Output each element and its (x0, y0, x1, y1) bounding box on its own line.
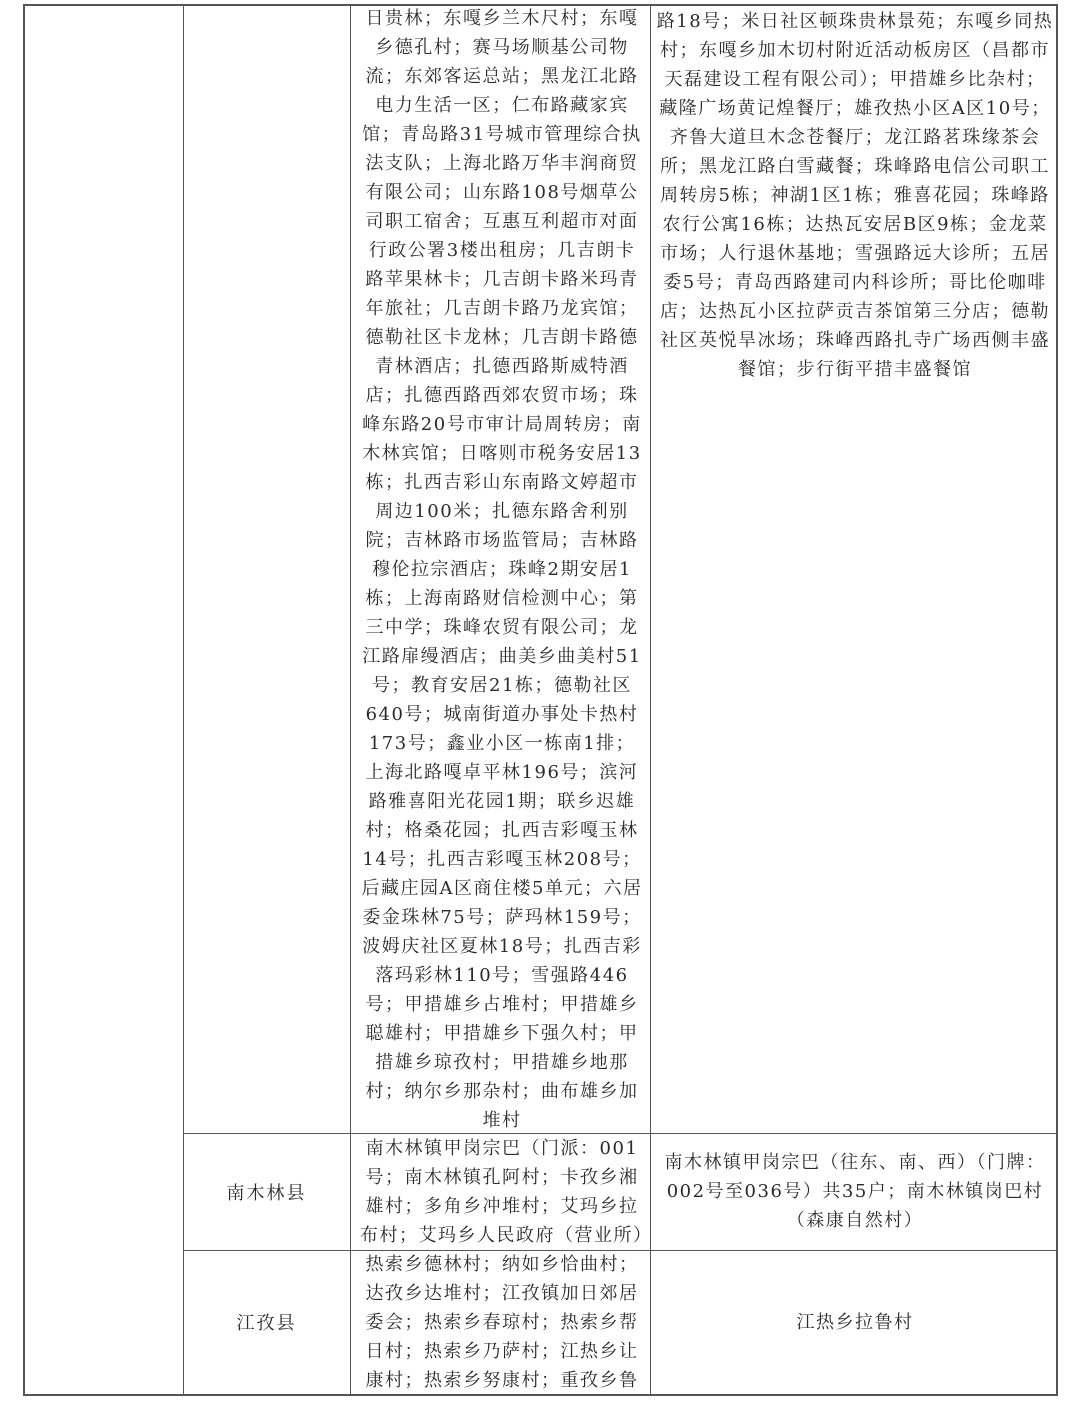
table-row-3-controlled-cell: 江热乡拉鲁村 (656, 1250, 1054, 1394)
controlled-areas-text: 南木林镇甲岗宗巴（往东、南、西）（门牌：002号至036号）共35户；南木林镇岗… (656, 1148, 1054, 1235)
closed-control-areas-text: 南木林镇甲岗宗巴（门派：001号；南木林镇孔阿村；卡孜乡湘雄村；多角乡冲堆村；艾… (360, 1134, 644, 1250)
closed-control-areas-text: 日贵林；东嘎乡兰木尺村；东嘎乡德孔村；赛马场顺基公司物流；东郊客运总站；黑龙江北… (360, 4, 644, 1135)
controlled-areas-text: 江热乡拉鲁村 (797, 1308, 914, 1337)
table-row-2-closed-cell: 南木林镇甲岗宗巴（门派：001号；南木林镇孔阿村；卡孜乡湘雄村；多角乡冲堆村；艾… (356, 1133, 648, 1250)
table-row-1-closed-cell: 日贵林；东嘎乡兰木尺村；东嘎乡德孔村；赛马场顺基公司物流；东郊客运总站；黑龙江北… (356, 6, 648, 1133)
county-name: 南木林县 (227, 1179, 307, 1205)
area-table: 日贵林；东嘎乡兰木尺村；东嘎乡德孔村；赛马场顺基公司物流；东郊客运总站；黑龙江北… (23, 4, 1058, 1396)
table-row-1-county-cell (183, 6, 350, 1133)
column-divider (350, 6, 351, 1394)
table-row-3-closed-cell: 热索乡德林村；纳如乡恰曲村；达孜乡达堆村；江孜镇加日郊居委会；热索乡春琼村；热索… (356, 1250, 648, 1394)
county-name: 江孜县 (237, 1309, 297, 1335)
closed-control-areas-text: 热索乡德林村；纳如乡恰曲村；达孜乡达堆村；江孜镇加日郊居委会；热索乡春琼村；热索… (360, 1250, 644, 1395)
controlled-areas-text: 路18号；米日社区顿珠贵林景苑；东嘎乡同热村；东嘎乡加木切村附近活动板房区（昌都… (656, 7, 1054, 384)
table-row-2-county-cell: 南木林县 (183, 1133, 350, 1250)
table-row-3-county-cell: 江孜县 (183, 1250, 350, 1394)
table-row-1-controlled-cell: 路18号；米日社区顿珠贵林景苑；东嘎乡同热村；东嘎乡加木切村附近活动板房区（昌都… (656, 6, 1054, 1133)
table-row-2-controlled-cell: 南木林镇甲岗宗巴（往东、南、西）（门牌：002号至036号）共35户；南木林镇岗… (656, 1133, 1054, 1250)
column-divider (650, 6, 651, 1394)
